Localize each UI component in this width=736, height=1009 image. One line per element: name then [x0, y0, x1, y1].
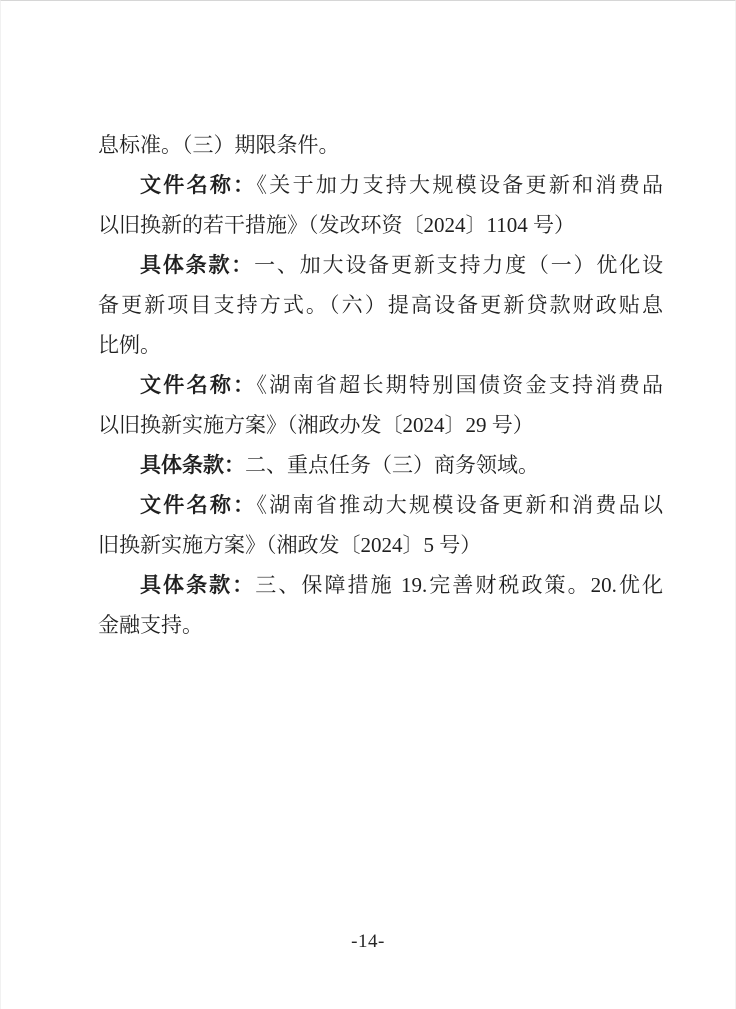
document-text-block: 息标准。（三）期限条件。文件名称：《关于加力支持大规模设备更新和消费品以旧换新的…	[98, 125, 663, 645]
text-line: 文件名称：《湖南省推动大规模设备更新和消费品以	[98, 485, 663, 525]
paragraph: 具体条款：一、加大设备更新支持力度（一）优化设备更新项目支持方式。（六）提高设备…	[98, 245, 663, 365]
field-label: 文件名称：	[140, 373, 256, 397]
field-label: 具体条款：	[140, 573, 255, 597]
field-label: 文件名称：	[140, 493, 256, 517]
field-label: 文件名称：	[140, 173, 256, 197]
field-label: 具体条款：	[140, 453, 245, 477]
paragraph: 息标准。（三）期限条件。	[98, 125, 663, 165]
page-number: -14-	[351, 931, 385, 952]
text-line: 文件名称：《湖南省超长期特别国债资金支持消费品	[98, 365, 663, 405]
paragraph: 文件名称：《湖南省推动大规模设备更新和消费品以旧换新实施方案》（湘政发〔2024…	[98, 485, 663, 565]
text-line: 具体条款：二、重点任务（三）商务领域。	[98, 445, 663, 485]
text-line: 具体条款：一、加大设备更新支持力度（一）优化设	[98, 245, 663, 285]
text-line: 比例。	[98, 325, 663, 365]
field-label: 具体条款：	[140, 253, 254, 277]
text-line: 以旧换新的若干措施》（发改环资〔2024〕1104 号）	[98, 205, 663, 245]
page-footer: -14-	[1, 931, 735, 953]
paragraph: 文件名称：《湖南省超长期特别国债资金支持消费品以旧换新实施方案》（湘政办发〔20…	[98, 365, 663, 445]
paragraph: 具体条款：二、重点任务（三）商务领域。	[98, 445, 663, 485]
text-line: 备更新项目支持方式。（六）提高设备更新贷款财政贴息	[98, 285, 663, 325]
text-line: 文件名称：《关于加力支持大规模设备更新和消费品	[98, 165, 663, 205]
document-page: 息标准。（三）期限条件。文件名称：《关于加力支持大规模设备更新和消费品以旧换新的…	[0, 0, 736, 1009]
text-line: 息标准。（三）期限条件。	[98, 125, 663, 165]
text-line: 金融支持。	[98, 605, 663, 645]
paragraph: 文件名称：《关于加力支持大规模设备更新和消费品以旧换新的若干措施》（发改环资〔2…	[98, 165, 663, 245]
text-line: 以旧换新实施方案》（湘政办发〔2024〕29 号）	[98, 405, 663, 445]
paragraph: 具体条款：三、保障措施 19.完善财税政策。20.优化金融支持。	[98, 565, 663, 645]
text-line: 旧换新实施方案》（湘政发〔2024〕5 号）	[98, 525, 663, 565]
text-line: 具体条款：三、保障措施 19.完善财税政策。20.优化	[98, 565, 663, 605]
